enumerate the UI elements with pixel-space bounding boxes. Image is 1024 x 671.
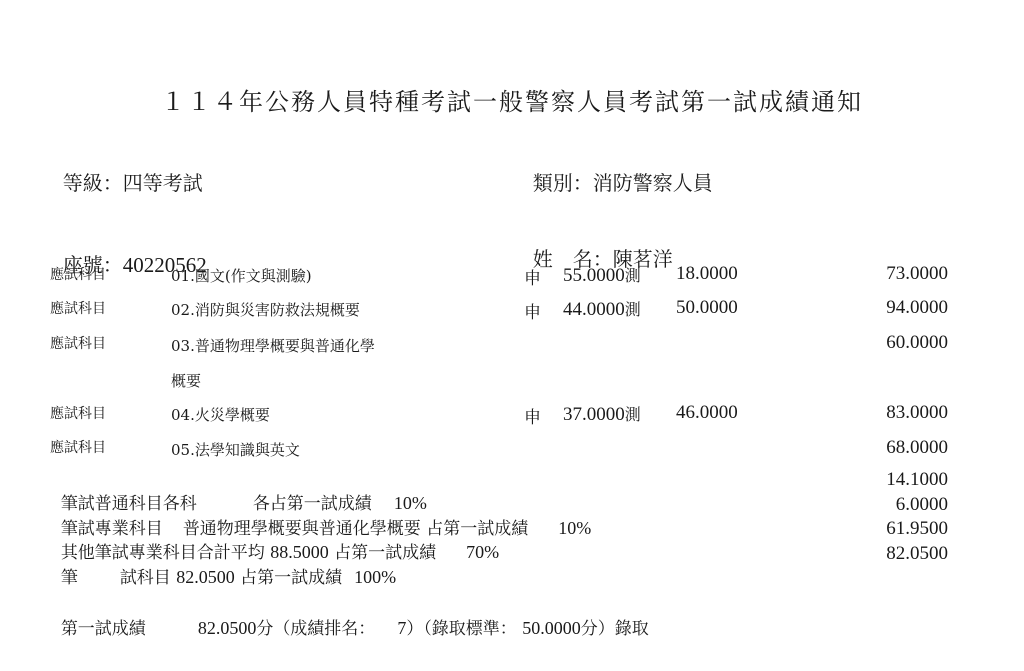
subject-total: 60.0000: [886, 332, 948, 354]
level-value: 四等考試: [123, 171, 203, 195]
subject-name-continued: 概要: [171, 370, 201, 391]
level-field: 等級：四等考試: [50, 143, 203, 196]
subject-label: 應試科目: [50, 298, 106, 318]
subject-label: 應試科目: [50, 333, 106, 353]
result-cutoff: 50.0000: [522, 618, 581, 638]
test-score: 50.0000: [676, 297, 738, 319]
subject-label: 應試科目: [50, 437, 106, 457]
summary-written-total: 筆試科目 82.0500 占第一試成績100%: [50, 543, 396, 588]
subject-name: 01.國文(作文與測驗): [171, 265, 312, 286]
test-score: 18.0000: [676, 263, 738, 285]
result-rank: 7: [397, 618, 406, 638]
subject-name: 05.法學知識與英文: [171, 439, 300, 460]
essay-mark: 申: [524, 298, 541, 323]
category-label: 類別：: [533, 171, 593, 195]
summary-physics-chem-value: 6.0000: [896, 494, 948, 516]
result-label: 第一試成績: [61, 619, 146, 639]
result-score: 82.0500: [198, 618, 257, 638]
test-score: 46.0000: [676, 402, 738, 424]
summary-other-professional-value: 61.9500: [886, 518, 948, 540]
subject-total: 68.0000: [886, 437, 948, 459]
subject-total: 94.0000: [886, 297, 948, 319]
subject-name: 04.火災學概要: [171, 404, 270, 425]
subject-name: 02.消防與災害防救法規概要: [171, 299, 360, 320]
page-title: １１４年公務人員特種考試一般警察人員考試第一試成績通知: [0, 82, 1024, 117]
level-label: 等級：: [63, 171, 123, 195]
essay-score: 44.0000測: [563, 297, 641, 321]
summary-written-total-value: 82.0500: [886, 543, 948, 565]
subject-name: 03.普通物理學概要與普通化學: [171, 335, 375, 356]
essay-mark: 申: [524, 264, 541, 289]
result-status: 錄取: [615, 619, 649, 639]
category-field: 類別：消防警察人員: [520, 143, 713, 196]
summary-general-value: 14.1000: [886, 469, 948, 491]
essay-mark: 申: [524, 403, 541, 428]
subject-total: 73.0000: [886, 263, 948, 285]
essay-score: 55.0000測: [563, 263, 641, 287]
first-stage-result: 第一試成績82.0500分（成績排名：7）（錄取標準： 50.0000分）錄取: [50, 594, 649, 639]
subject-label: 應試科目: [50, 403, 106, 423]
subject-label: 應試科目: [50, 264, 106, 284]
subject-total: 83.0000: [886, 402, 948, 424]
essay-score: 37.0000測: [563, 402, 641, 426]
category-value: 消防警察人員: [593, 171, 713, 195]
